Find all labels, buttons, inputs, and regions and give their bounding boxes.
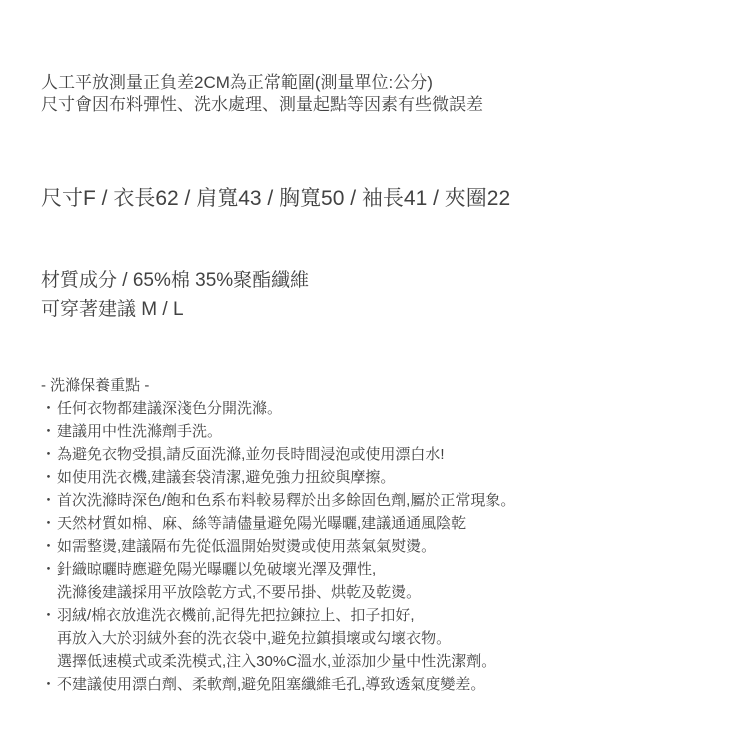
care-section: - 洗滌保養重點 - ・任何衣物都建議深淺色分開洗滌。・建議用中性洗滌劑手洗。・… [41, 374, 515, 696]
care-item: ・建議用中性洗滌劑手洗。 [41, 420, 515, 443]
care-list: ・任何衣物都建議深淺色分開洗滌。・建議用中性洗滌劑手洗。・為避免衣物受損,請反面… [41, 397, 515, 696]
care-item-line: 天然材質如棉、麻、絲等請儘量避免陽光曝曬,建議通通風陰乾 [57, 515, 466, 532]
care-item: ・為避免衣物受損,請反面洗滌,並勿長時間浸泡或使用漂白水! [41, 443, 515, 466]
care-item-line: 再放入大於羽絨外套的洗衣袋中,避免拉鎮損壞或勾壞衣物。 [57, 630, 451, 647]
bullet-dot: ・ [41, 558, 57, 581]
material-composition: 材質成分 / 65%棉 35%聚酯纖維 [41, 266, 309, 295]
care-item-line: 選擇低速模式或柔洗模式,注入30%C溫水,並添加少量中性洗潔劑。 [57, 653, 496, 670]
care-item: ・如需整燙,建議隔布先從低溫開始熨燙或使用蒸氣氣熨燙。 [41, 535, 515, 558]
care-item: ・天然材質如棉、麻、絲等請儘量避免陽光曝曬,建議通通風陰乾 [41, 512, 515, 535]
bullet-dot: ・ [41, 535, 57, 558]
measurement-notice-line2: 尺寸會因布料彈性、洗水處理、測量起點等因素有些微誤差 [41, 94, 483, 116]
care-item-line: 首次洗滌時深色/飽和色系布料較易釋於出多餘固色劑,屬於正常現象。 [57, 492, 515, 509]
product-detail-page: 人工平放測量正負差2CM為正常範圍(測量單位:公分) 尺寸會因布料彈性、洗水處理… [0, 0, 750, 750]
bullet-dot: ・ [41, 397, 57, 420]
measurement-notice: 人工平放測量正負差2CM為正常範圍(測量單位:公分) 尺寸會因布料彈性、洗水處理… [41, 72, 483, 116]
bullet-dot: ・ [41, 489, 57, 512]
size-spec-line: 尺寸F / 衣長62 / 肩寬43 / 胸寬50 / 袖長41 / 夾圈22 [41, 186, 510, 212]
care-item-line: 羽絨/棉衣放進洗衣機前,記得先把拉鍊拉上、扣子扣好, [57, 607, 415, 624]
care-item-line: 為避免衣物受損,請反面洗滌,並勿長時間浸泡或使用漂白水! [57, 446, 445, 463]
care-item: ・首次洗滌時深色/飽和色系布料較易釋於出多餘固色劑,屬於正常現象。 [41, 489, 515, 512]
care-item-line: 如需整燙,建議隔布先從低溫開始熨燙或使用蒸氣氣熨燙。 [57, 538, 436, 555]
care-item: ・如使用洗衣機,建議套袋清潔,避免強力扭絞與摩擦。 [41, 466, 515, 489]
measurement-notice-line1: 人工平放測量正負差2CM為正常範圍(測量單位:公分) [41, 72, 483, 94]
material-info: 材質成分 / 65%棉 35%聚酯纖維 可穿著建議 M / L [41, 266, 309, 324]
care-item-line: 不建議使用漂白劑、柔軟劑,避免阻塞纖維毛孔,導致透氣度變差。 [57, 676, 485, 693]
care-item-line: 如使用洗衣機,建議套袋清潔,避免強力扭絞與摩擦。 [57, 469, 395, 486]
care-item-line: 洗滌後建議採用平放陰乾方式,不要吊掛、烘乾及乾燙。 [57, 584, 421, 601]
wear-suggestion: 可穿著建議 M / L [41, 295, 309, 324]
care-item: ・羽絨/棉衣放進洗衣機前,記得先把拉鍊拉上、扣子扣好,再放入大於羽絨外套的洗衣袋… [41, 604, 515, 673]
bullet-dot: ・ [41, 604, 57, 627]
care-item: ・不建議使用漂白劑、柔軟劑,避免阻塞纖維毛孔,導致透氣度變差。 [41, 673, 515, 696]
care-item-line: 建議用中性洗滌劑手洗。 [57, 423, 222, 440]
care-item-line: 針織晾曬時應避免陽光曝曬以免破壞光澤及彈性, [57, 561, 376, 578]
bullet-dot: ・ [41, 512, 57, 535]
bullet-dot: ・ [41, 673, 57, 696]
care-item: ・任何衣物都建議深淺色分開洗滌。 [41, 397, 515, 420]
care-item: ・針織晾曬時應避免陽光曝曬以免破壞光澤及彈性,洗滌後建議採用平放陰乾方式,不要吊… [41, 558, 515, 604]
care-section-title: - 洗滌保養重點 - [41, 374, 515, 397]
bullet-dot: ・ [41, 466, 57, 489]
bullet-dot: ・ [41, 420, 57, 443]
care-item-line: 任何衣物都建議深淺色分開洗滌。 [57, 400, 282, 417]
bullet-dot: ・ [41, 443, 57, 466]
